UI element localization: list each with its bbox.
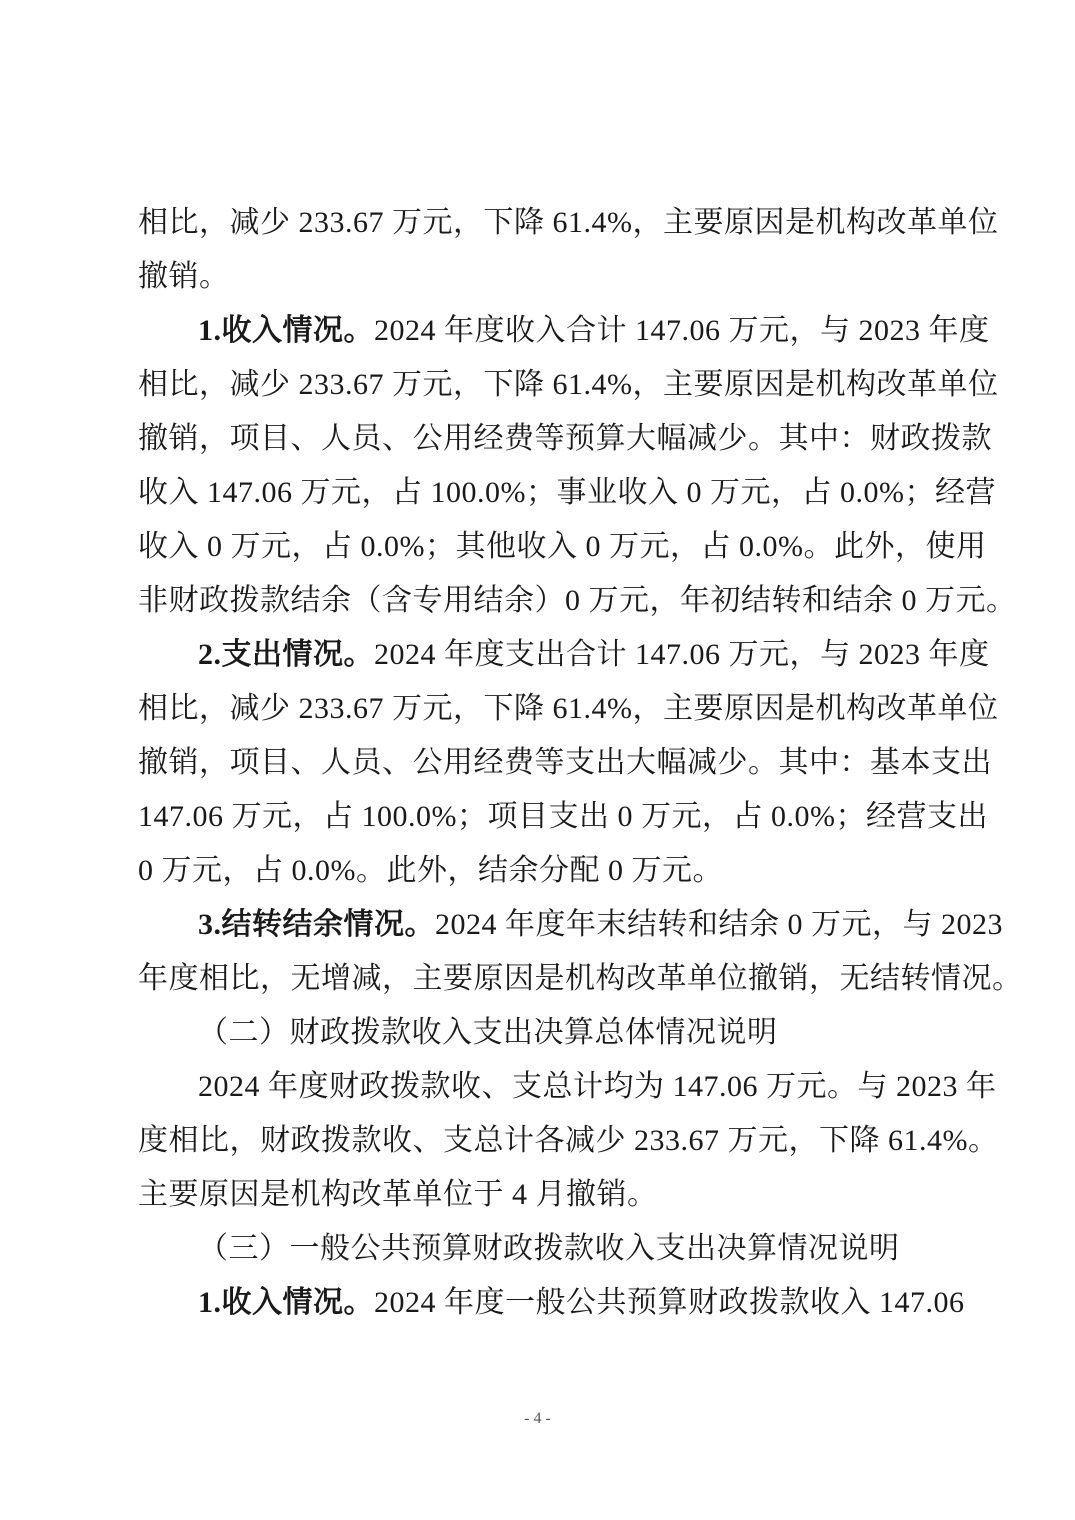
text-line: 年度相比，无增减，主要原因是机构改革单位撤销，无结转情况。 [138, 952, 940, 1006]
text-line: 度相比，财政拨款收、支总计各减少 233.67 万元，下降 61.4%。 [138, 1114, 940, 1168]
section-heading-balance: 3.结转结余情况。 [198, 908, 435, 941]
subsection-heading-3: （三）一般公共预算财政拨款收入支出决算情况说明 [138, 1222, 940, 1276]
section-expense-line: 2.支出情况。2024 年度支出合计 147.06 万元，与 2023 年度 [138, 628, 940, 682]
text-line: 0 万元，占 0.0%。此外，结余分配 0 万元。 [138, 844, 940, 898]
text-line: 撤销，项目、人员、公用经费等预算大幅减少。其中：财政拨款 [138, 412, 940, 466]
text-line: 相比，减少 233.67 万元，下降 61.4%，主要原因是机构改革单位 [138, 358, 940, 412]
text-line: 非财政拨款结余（含专用结余）0 万元，年初结转和结余 0 万元。 [138, 574, 940, 628]
text-line: 收入 0 万元，占 0.0%；其他收入 0 万元，占 0.0%。此外，使用 [138, 520, 940, 574]
text-line: 相比，减少 233.67 万元，下降 61.4%，主要原因是机构改革单位 [138, 682, 940, 736]
text-line: 主要原因是机构改革单位于 4 月撤销。 [138, 1168, 940, 1222]
section-general-income-line: 1.收入情况。2024 年度一般公共预算财政拨款收入 147.06 [138, 1276, 940, 1330]
subsection-heading-2: （二）财政拨款收入支出决算总体情况说明 [138, 1006, 940, 1060]
section-heading-income: 1.收入情况。 [198, 314, 374, 347]
text-line: 撤销，项目、人员、公用经费等支出大幅减少。其中：基本支出 [138, 736, 940, 790]
text-line: 相比，减少 233.67 万元，下降 61.4%，主要原因是机构改革单位 [138, 196, 940, 250]
page-number: - 4 - [0, 1410, 1075, 1428]
text-line: 2024 年度财政拨款收、支总计均为 147.06 万元。与 2023 年 [138, 1060, 940, 1114]
section-balance-line: 3.结转结余情况。2024 年度年末结转和结余 0 万元，与 2023 [138, 898, 940, 952]
section-income-line: 1.收入情况。2024 年度收入合计 147.06 万元，与 2023 年度 [138, 304, 940, 358]
section-heading-expense: 2.支出情况。 [198, 638, 374, 671]
section-heading-general-income: 1.收入情况。 [198, 1286, 374, 1319]
text-line: 撤销。 [138, 250, 940, 304]
text-line: 147.06 万元，占 100.0%；项目支出 0 万元，占 0.0%；经营支出 [138, 790, 940, 844]
document-body: 相比，减少 233.67 万元，下降 61.4%，主要原因是机构改革单位 撤销。… [138, 196, 940, 1330]
text-line: 收入 147.06 万元，占 100.0%；事业收入 0 万元，占 0.0%；经… [138, 466, 940, 520]
